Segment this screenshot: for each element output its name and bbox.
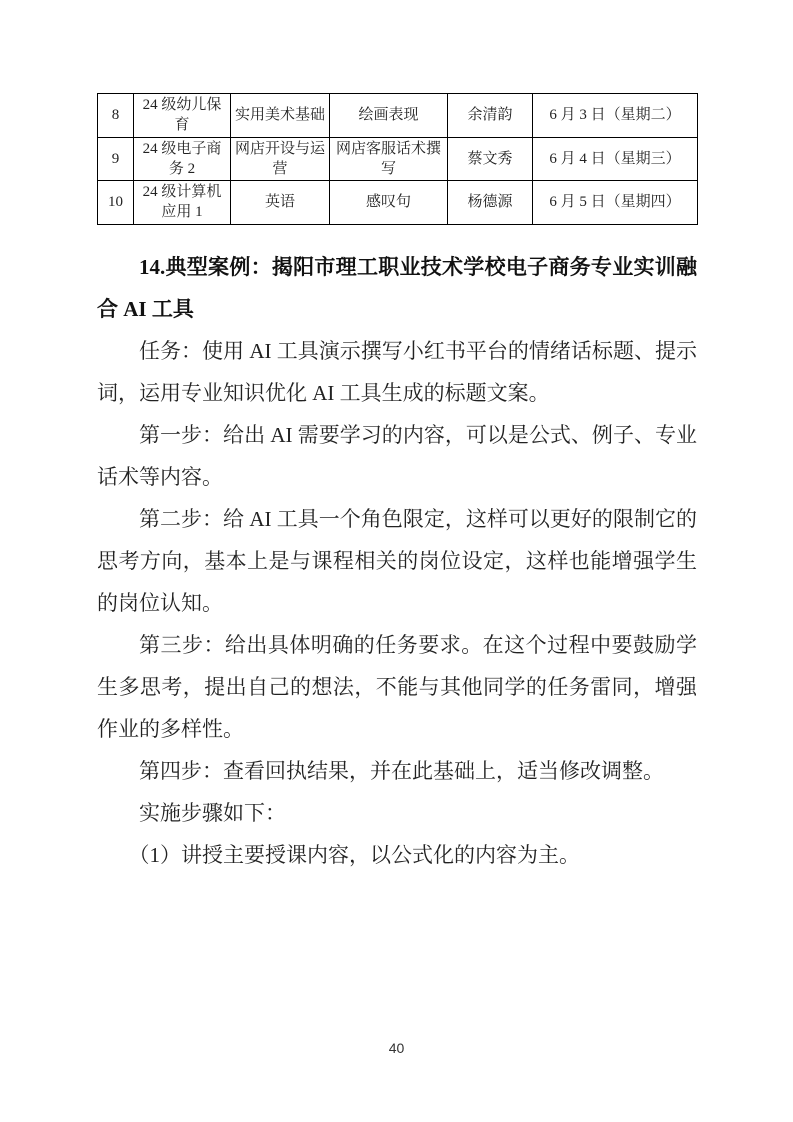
paragraph-implementation-item-1: （1）讲授主要授课内容，以公式化的内容为主。 xyxy=(97,834,697,876)
document-page: 8 24 级幼儿保育 实用美术基础 绘画表现 余清韵 6 月 3 日（星期二） … xyxy=(0,0,793,1122)
cell-course-name: 网店开设与运营 xyxy=(231,137,330,181)
cell-teacher-name: 杨德源 xyxy=(448,181,533,225)
cell-lesson-date: 6 月 5 日（星期四） xyxy=(533,181,698,225)
paragraph-task: 任务：使用 AI 工具演示撰写小红书平台的情绪话标题、提示词，运用专业知识优化 … xyxy=(97,330,697,414)
cell-row-number: 10 xyxy=(98,181,134,225)
cell-lesson-topic: 网店客服话术撰写 xyxy=(330,137,448,181)
paragraph-step-4: 第四步：查看回执结果，并在此基础上，适当修改调整。 xyxy=(97,750,697,792)
paragraph-step-2: 第二步：给 AI 工具一个角色限定，这样可以更好的限制它的思考方向，基本上是与课… xyxy=(97,498,697,624)
cell-lesson-topic: 感叹句 xyxy=(330,181,448,225)
section-heading: 14.典型案例：揭阳市理工职业技术学校电子商务专业实训融合 AI 工具 xyxy=(97,246,697,330)
cell-row-number: 9 xyxy=(98,137,134,181)
table-row: 10 24 级计算机应用 1 英语 感叹句 杨德源 6 月 5 日（星期四） xyxy=(98,181,698,225)
cell-row-number: 8 xyxy=(98,94,134,138)
paragraph-implementation-intro: 实施步骤如下： xyxy=(97,792,697,834)
cell-teacher-name: 蔡文秀 xyxy=(448,137,533,181)
cell-lesson-topic: 绘画表现 xyxy=(330,94,448,138)
cell-class-name: 24 级幼儿保育 xyxy=(134,94,231,138)
cell-course-name: 英语 xyxy=(231,181,330,225)
cell-lesson-date: 6 月 4 日（星期三） xyxy=(533,137,698,181)
cell-lesson-date: 6 月 3 日（星期二） xyxy=(533,94,698,138)
paragraph-step-3: 第三步：给出具体明确的任务要求。在这个过程中要鼓励学生多思考，提出自己的想法，不… xyxy=(97,624,697,750)
lesson-schedule-table: 8 24 级幼儿保育 实用美术基础 绘画表现 余清韵 6 月 3 日（星期二） … xyxy=(97,93,698,225)
table-row: 9 24 级电子商务 2 网店开设与运营 网店客服话术撰写 蔡文秀 6 月 4 … xyxy=(98,137,698,181)
cell-course-name: 实用美术基础 xyxy=(231,94,330,138)
cell-teacher-name: 余清韵 xyxy=(448,94,533,138)
page-number: 40 xyxy=(0,1040,793,1056)
cell-class-name: 24 级电子商务 2 xyxy=(134,137,231,181)
page-content: 8 24 级幼儿保育 实用美术基础 绘画表现 余清韵 6 月 3 日（星期二） … xyxy=(0,0,793,876)
cell-class-name: 24 级计算机应用 1 xyxy=(134,181,231,225)
paragraph-step-1: 第一步：给出 AI 需要学习的内容，可以是公式、例子、专业话术等内容。 xyxy=(97,414,697,498)
table-row: 8 24 级幼儿保育 实用美术基础 绘画表现 余清韵 6 月 3 日（星期二） xyxy=(98,94,698,138)
